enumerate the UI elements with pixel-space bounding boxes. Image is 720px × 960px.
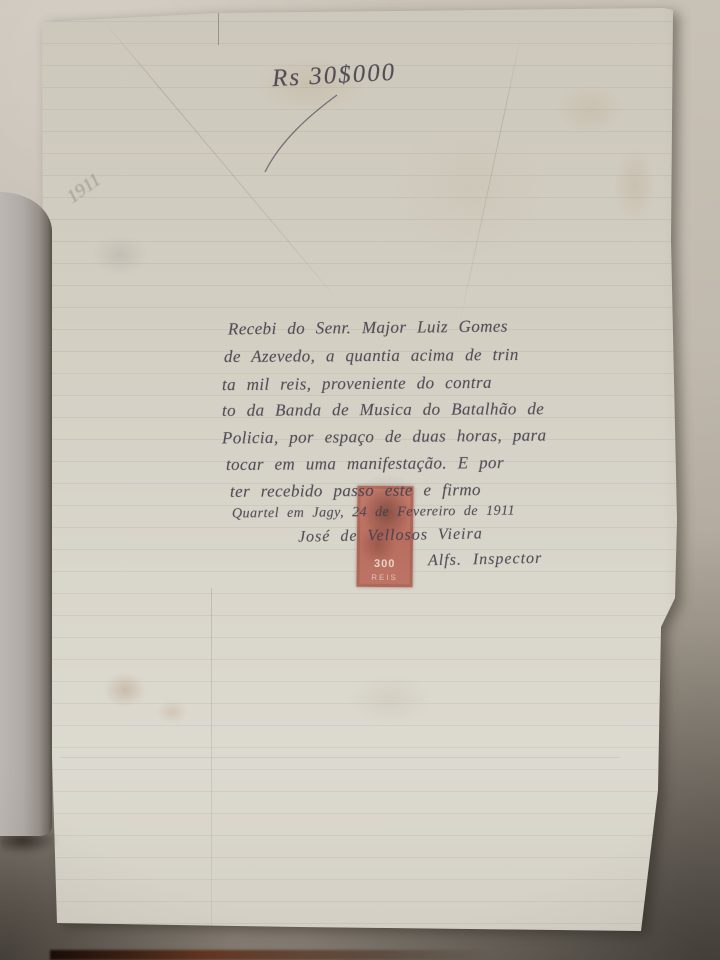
paper-stain xyxy=(330,665,450,735)
paper-stain xyxy=(80,225,160,285)
paper-crease xyxy=(211,588,212,933)
handwritten-amount: Rs 30$000 xyxy=(271,59,397,93)
handwriting-line: Policia, por espaço de duas horas, para xyxy=(222,426,547,449)
handwriting-line: to da Banda de Musica do Batalhão de xyxy=(222,399,544,421)
paper-stain xyxy=(360,90,580,290)
book-edge xyxy=(0,192,52,836)
paper-crease xyxy=(60,757,620,758)
paper-tear xyxy=(218,13,219,45)
paper-stain xyxy=(540,75,640,145)
handwriting-line: de Azevedo, a quantia acima de trin xyxy=(224,345,519,367)
handwriting-line: Recebi do Senr. Major Luiz Gomes xyxy=(228,317,508,340)
stamp-value: 300 xyxy=(357,558,413,571)
paper-stain xyxy=(605,130,665,240)
signature: José de Vellosos Vieira xyxy=(298,525,483,546)
receipt-paper: 300 REIS Rs 30$000 Recebi do Senr. Major… xyxy=(0,0,720,960)
paper-crease xyxy=(458,28,523,331)
paper-stain xyxy=(95,665,155,715)
handwriting-line: ta mil reis, proveniente do contra xyxy=(222,373,492,395)
amount-flourish-tail xyxy=(262,92,342,177)
stamp-unit: REIS xyxy=(357,573,413,583)
paper-stain xyxy=(150,695,195,729)
handwriting-line: ter recebido passo este e firmo xyxy=(230,480,481,502)
handwriting-line: tocar em uma manifestação. E por xyxy=(226,453,504,475)
date-line: Quartel em Jagy, 24 de Fevereiro de 1911 xyxy=(232,504,515,523)
pencil-year-annotation: 1911 xyxy=(63,169,106,208)
receipt-paper-wrapper: 300 REIS Rs 30$000 Recebi do Senr. Major… xyxy=(0,0,720,960)
signature-title: Alfs. Inspector xyxy=(428,550,543,570)
